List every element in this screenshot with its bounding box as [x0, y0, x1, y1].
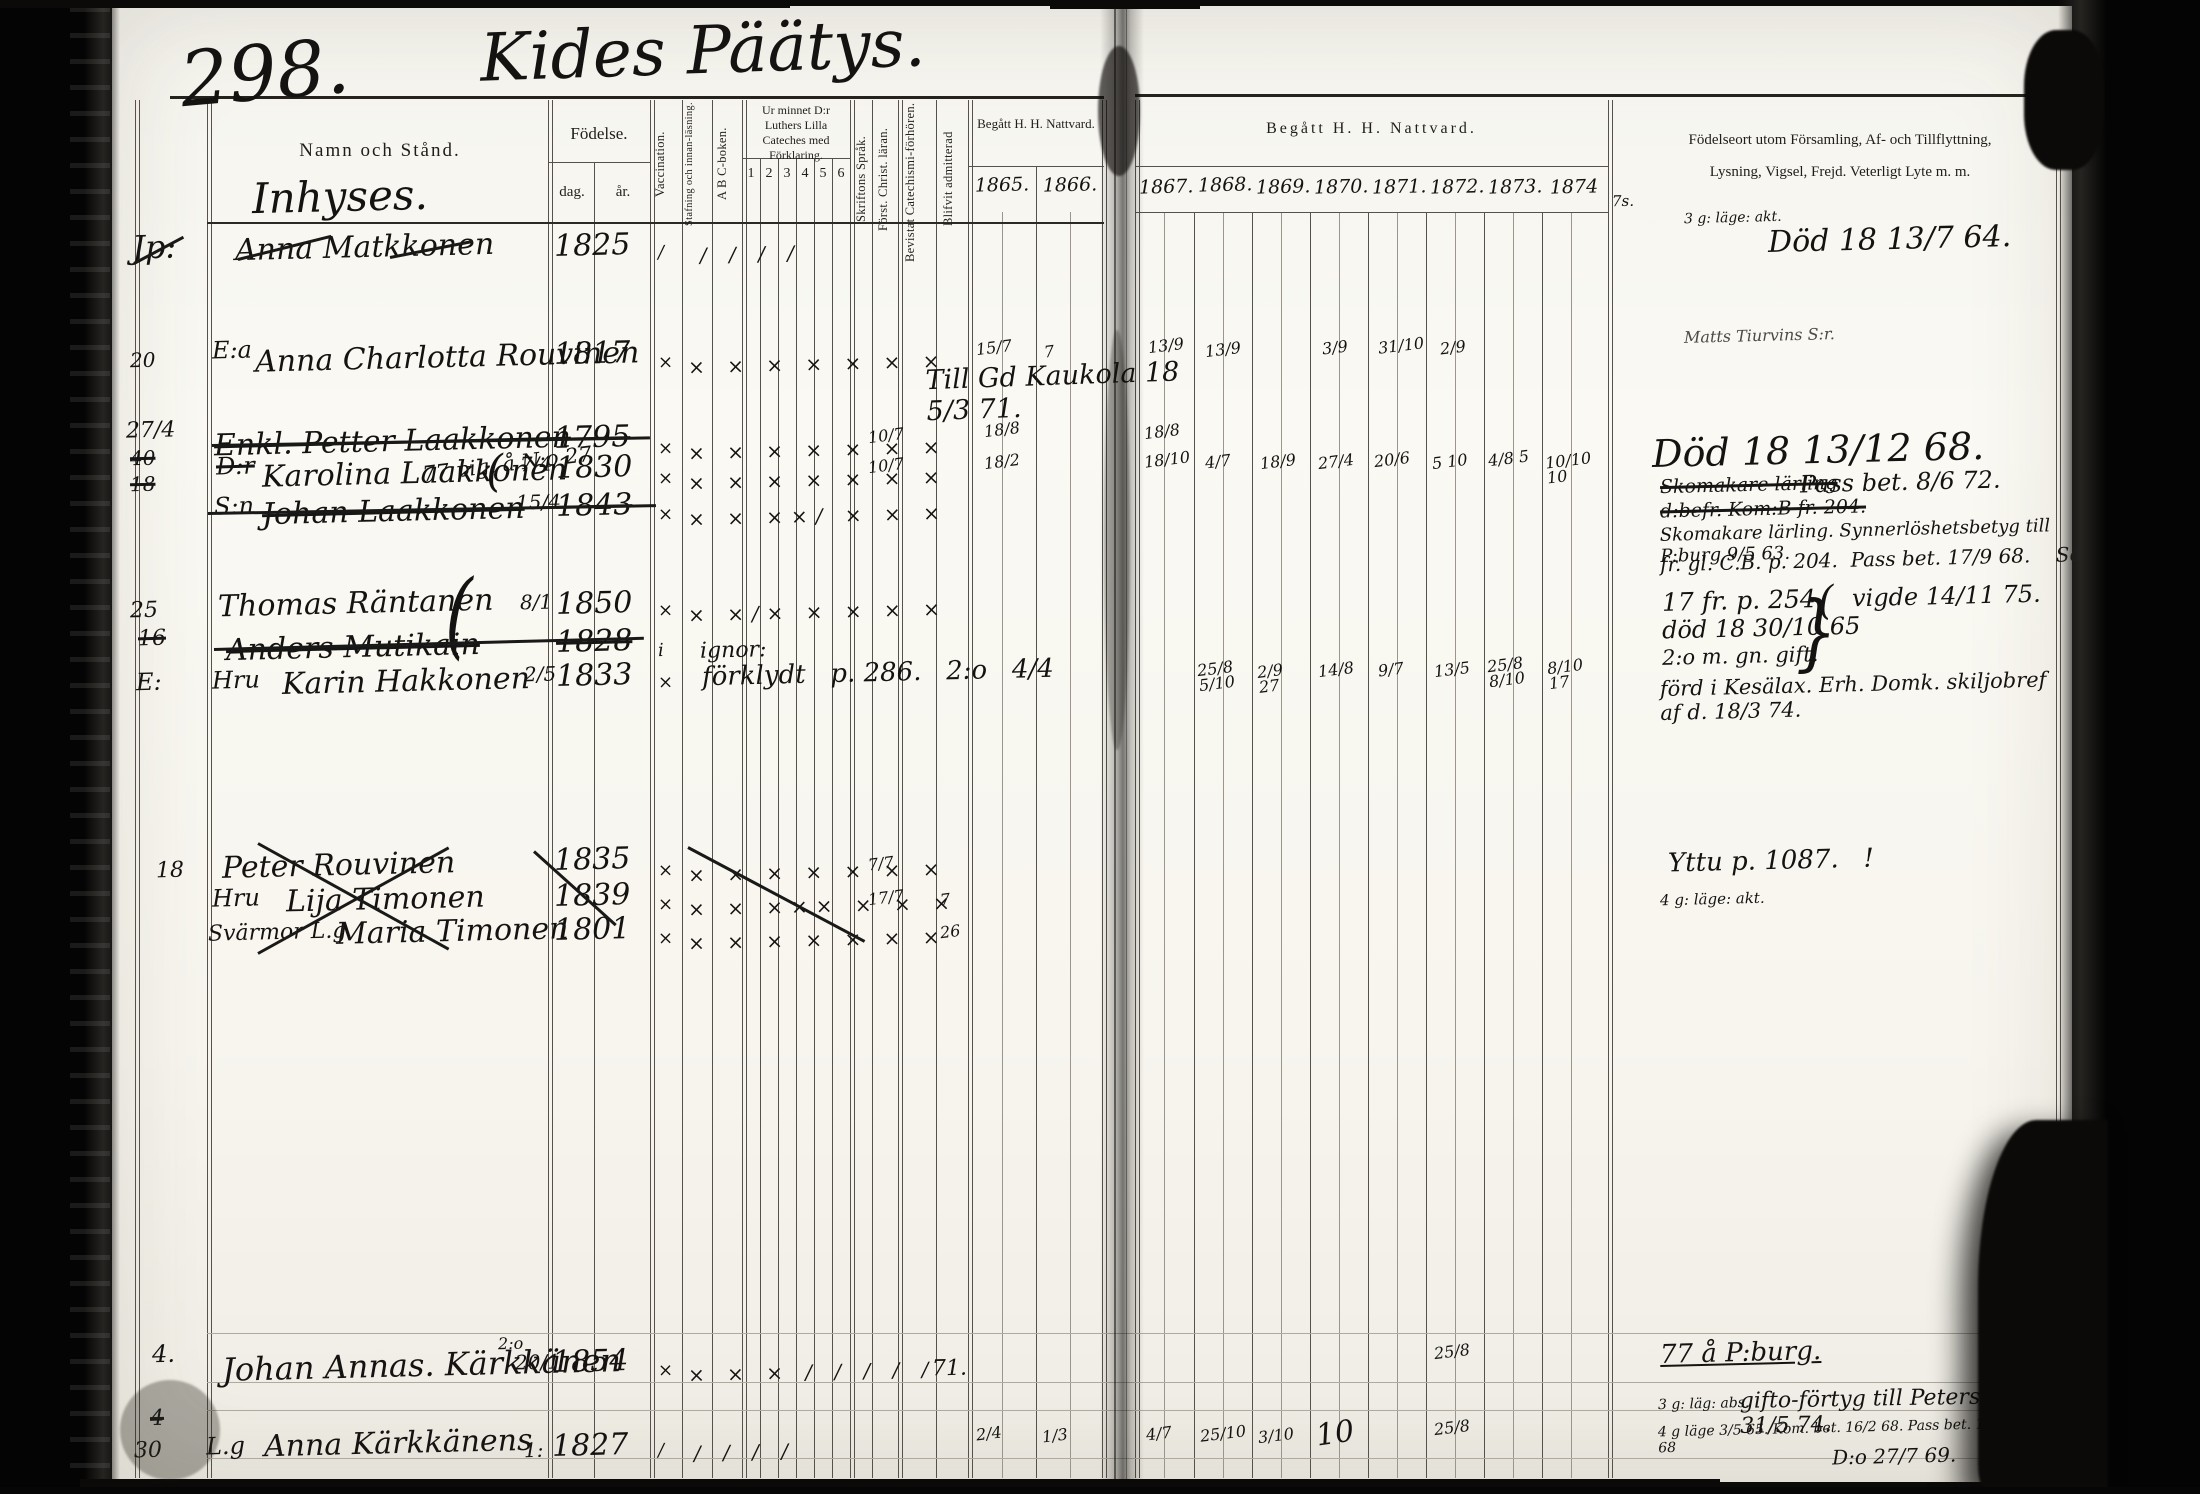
column-rule: [1484, 212, 1485, 1478]
column-header-birth-day: dag.: [550, 184, 594, 201]
transfer-annotation: Till Gd Kaukola 18 5/3 71.: [925, 355, 1227, 427]
header-rule: [548, 162, 650, 163]
communion-date-1869: 2/9 27: [1256, 659, 1307, 695]
stray-mark: 7s.: [1612, 192, 1634, 211]
communion-date-1868: 4/7: [1204, 452, 1231, 470]
year-1874: 1874: [1546, 175, 1603, 198]
communion-date-1868: 25/10: [1199, 1423, 1247, 1444]
year-1870: 1870.: [1314, 175, 1365, 198]
birth-year: 1854: [552, 1343, 629, 1380]
name-prefix: E:a: [212, 336, 253, 365]
column-header-birth-year: år.: [596, 184, 650, 201]
communion-date-1874: 8/10 17: [1546, 655, 1601, 691]
name-entry: Anna Kärkkänens: [264, 1423, 533, 1465]
column-rule: [712, 100, 713, 1478]
header-rule: [968, 166, 1104, 167]
vaccination-mark: ×: [658, 468, 674, 489]
communion-date-1872: 5 10: [1431, 452, 1468, 471]
note-entry: Pass bet. 8/6 72.: [1800, 466, 2001, 499]
column-rule: [936, 100, 937, 1478]
column-header-communion-left: Begått H. H. Nattvard.: [966, 116, 1106, 132]
birth-year: 1835: [554, 841, 631, 878]
cateches-col-5: 5: [817, 166, 829, 182]
admission-mark: 7: [939, 891, 951, 907]
cateches-col-1: 1: [745, 166, 757, 182]
column-rule: [1571, 212, 1572, 1478]
margin-number: E:: [136, 668, 162, 697]
column-header-bevistat: Bevistat Catechismi-förhören.: [903, 102, 933, 262]
birth-day: 2/5: [524, 662, 557, 687]
column-rule: [548, 100, 553, 1478]
communion-date-1872: 25/8: [1433, 1342, 1471, 1361]
year-1868: 1868.: [1198, 173, 1249, 196]
section-heading: Inhyses.: [251, 170, 428, 223]
name-prefix: Hru: [212, 883, 261, 912]
vaccination-mark: ∕: [658, 1440, 665, 1461]
column-rule: [135, 100, 140, 1478]
catechism-date: 7/7: [867, 854, 894, 872]
note-entry: Död 18 13/7 64.: [1768, 219, 2012, 260]
vaccination-mark: ×: [658, 438, 674, 459]
birth-day: 1:: [524, 1438, 544, 1462]
column-header-birth: Födelse.: [548, 124, 650, 144]
margin-number: 4.: [152, 1340, 176, 1369]
column-rule: [1310, 212, 1311, 1478]
cateches-col-6: 6: [835, 166, 847, 182]
name-prefix: D:r: [216, 452, 255, 481]
birth-year: 1827: [552, 1427, 629, 1464]
column-rule: [742, 100, 747, 1478]
vaccination-mark: ×: [658, 928, 674, 949]
column-rule: [1368, 212, 1369, 1478]
brace-mark: (: [485, 446, 503, 497]
column-rule: [1397, 212, 1398, 1478]
name-entry: Karin Hakkonen: [282, 661, 531, 702]
birth-year: 1825: [554, 227, 631, 264]
margin-number: 27/4: [126, 417, 176, 443]
page-number: 298.: [176, 21, 352, 124]
reading-marks: ∕ ∕ ∕ ∕: [700, 241, 803, 267]
communion-date-1867: 18/8: [1143, 422, 1181, 441]
year-1867: 1867.: [1139, 175, 1190, 198]
column-rule: [650, 100, 655, 1478]
birth-year: 1817: [554, 335, 631, 372]
year-1871: 1871.: [1372, 175, 1423, 198]
column-header-communion-right: Begått H. H. Nattvard.: [1135, 120, 1608, 138]
gutter-crease: [1126, 6, 1127, 1482]
communion-date-1871: 20/6: [1373, 450, 1411, 469]
column-rule: [1608, 100, 1613, 1478]
name-prefix: S:n: [214, 492, 255, 521]
admission-mark: 71.: [932, 1356, 968, 1382]
column-header-spelling: Stafning och innan-läsning.: [684, 102, 710, 226]
communion-date-1868: 25/8 5/10: [1196, 657, 1251, 693]
note-entry: D:o 27/7 69.: [1832, 1442, 1957, 1469]
column-rule: [1513, 212, 1514, 1478]
admission-mark: 26: [939, 923, 961, 941]
communion-date-1865: 15/7: [975, 338, 1013, 357]
column-rule: [872, 100, 873, 1478]
column-rule: [968, 100, 973, 1478]
page-gutter: [1100, 6, 1144, 1482]
ink-smudge: [1098, 46, 1140, 176]
column-rule: [1252, 212, 1253, 1478]
cateches-col-4: 4: [799, 166, 811, 182]
year-1865: 1865.: [974, 173, 1031, 196]
name-entry: Maria Timonen: [336, 911, 569, 952]
ink-smudge: [1104, 330, 1130, 750]
communion-date-1867: 18/10: [1143, 449, 1191, 470]
margin-number: 18: [156, 858, 185, 884]
note-entry: 17 fr. p. 254: [1662, 584, 1816, 617]
vaccination-mark: ×: [658, 600, 674, 621]
scan-edge-blob: [2024, 30, 2104, 170]
communion-date-1872: 25/8: [1433, 1418, 1471, 1437]
note-entry: förd i Kesälax. Erh. Domk. skiljobref af…: [1659, 667, 2070, 725]
header-rule: [1135, 166, 1608, 167]
communion-date-1866: 7: [1043, 343, 1055, 359]
note-entry: vigde 14/11 75.: [1852, 580, 2041, 613]
communion-date-1870: 27/4: [1317, 452, 1355, 471]
margin-number: 16: [138, 626, 167, 652]
column-header-notes-line2: Lysning, Vigsel, Frejd. Veterligt Lyte m…: [1640, 164, 2040, 181]
column-header-cateches: Ur minnet D:r Luthers Lilla Cateches med…: [743, 103, 849, 163]
catechism-date: 17/7: [867, 888, 905, 907]
table-top-rule-right: [1135, 94, 2058, 97]
year-1866: 1866.: [1042, 173, 1099, 196]
vaccination-mark: ×: [658, 352, 674, 373]
name-prefix: Hru: [212, 665, 261, 694]
birth-year: 1839: [554, 877, 631, 914]
year-1872: 1872.: [1430, 175, 1481, 198]
column-rule: [1281, 212, 1282, 1478]
scan-edge-bottom: [0, 1487, 2200, 1494]
paper-smudge: [120, 1380, 220, 1480]
column-header-notes-line1: Födelseort utom Församling, Af- och Till…: [1640, 132, 2040, 149]
birth-year: 1833: [556, 657, 633, 694]
column-rule: [682, 100, 683, 1478]
communion-date-1865: 2/4: [975, 1424, 1002, 1442]
note-entry: 3 g: läg: abs.: [1658, 1395, 1750, 1413]
column-header-skrift: Skriftons Språk.: [854, 104, 872, 254]
margin-number: 25: [130, 598, 159, 624]
margin-number: 40: [130, 446, 156, 471]
communion-date-1870: 10: [1314, 1414, 1357, 1454]
column-header-name: Namn och Stånd.: [240, 140, 520, 162]
note-entry: 77 å P:burg.: [1660, 1336, 1822, 1370]
reading-marks: ignor:: [700, 637, 767, 664]
note-entry: Yttu p. 1087. !: [1668, 843, 1875, 878]
vaccination-mark: ×: [658, 1360, 674, 1381]
communion-date-1871: 31/10: [1377, 335, 1425, 356]
margin-number: 18: [130, 472, 156, 497]
church-book-scan: 298. Kides Päätys. Inhyses. Namn och Stå…: [0, 0, 2200, 1494]
name-entry: Anna Matkkonen: [235, 227, 495, 268]
year-1869: 1869.: [1256, 175, 1307, 198]
reading-marks: ∕ ∕ ∕ ∕: [694, 1439, 797, 1465]
birth-day: 7/4: [520, 452, 553, 477]
year-1873: 1873.: [1488, 175, 1539, 198]
birth-year: 1801: [554, 911, 631, 948]
note-entry: 4 g: läge: akt.: [1660, 889, 1765, 910]
communion-date-1869: 18/9: [1259, 452, 1297, 471]
note-entry: 2:o m. gn. gift.: [1662, 642, 1819, 670]
vaccination-mark: ×: [658, 672, 674, 693]
birth-day: 15/4: [516, 489, 561, 514]
column-rule: [1339, 212, 1340, 1478]
vaccination-mark: i: [658, 640, 664, 661]
scan-edge-top: [0, 0, 790, 8]
column-header-abc: A B C-boken.: [715, 104, 739, 224]
vaccination-mark: ×: [658, 504, 674, 525]
page-title: Kides Päätys.: [479, 4, 927, 96]
cateches-col-2: 2: [763, 166, 775, 182]
note-entry: Matts Tiurvins S:r.: [1684, 324, 1835, 347]
column-rule: [898, 100, 903, 1478]
communion-date-1872: 13/5: [1433, 660, 1471, 679]
column-rule: [207, 100, 212, 1478]
brace-mark: }: [1796, 585, 1837, 681]
name-entry: Peter Rouvinen: [222, 845, 456, 886]
scan-edge-top: [1050, 0, 1200, 9]
communion-date-1870: 14/8: [1317, 660, 1355, 679]
scan-edge-blob: [1978, 1120, 2108, 1494]
communion-date-1867: 13/9: [1147, 336, 1185, 355]
birth-day: 8/1: [520, 590, 553, 615]
vaccination-mark: ×: [658, 894, 674, 915]
communion-date-1867: 4/7: [1145, 1424, 1172, 1442]
column-header-admitterad: Blifvit admitterad: [941, 104, 965, 254]
column-rule: [1426, 212, 1427, 1478]
cateches-col-3: 3: [781, 166, 793, 182]
communion-date-1865: 18/2: [983, 452, 1021, 471]
catechism-date: 10/7: [867, 456, 905, 475]
catechism-date: 10/7: [867, 426, 905, 445]
header-rule: [1135, 212, 1608, 213]
margin-number: 20: [130, 348, 156, 373]
vaccination-mark: ×: [658, 860, 674, 881]
communion-date-1866: 1/3: [1041, 1426, 1068, 1444]
communion-date-1872: 2/9: [1439, 338, 1466, 356]
column-rule: [1455, 212, 1456, 1478]
communion-date-1870: 3/9: [1321, 338, 1348, 356]
birth-year: 1850: [556, 585, 633, 622]
scan-edge-left-texture: [70, 0, 110, 1494]
communion-date-1871: 9/7: [1377, 660, 1404, 678]
column-header-vaccination: Vaccination.: [653, 104, 679, 224]
column-rule: [850, 100, 855, 1478]
column-header-forst: Först. Christ. läran.: [876, 104, 898, 254]
birth-year: 1830: [556, 449, 633, 486]
column-rule: [1542, 212, 1543, 1478]
vaccination-mark: ∕: [658, 242, 665, 263]
communion-date-1869: 3/10: [1257, 1426, 1295, 1445]
